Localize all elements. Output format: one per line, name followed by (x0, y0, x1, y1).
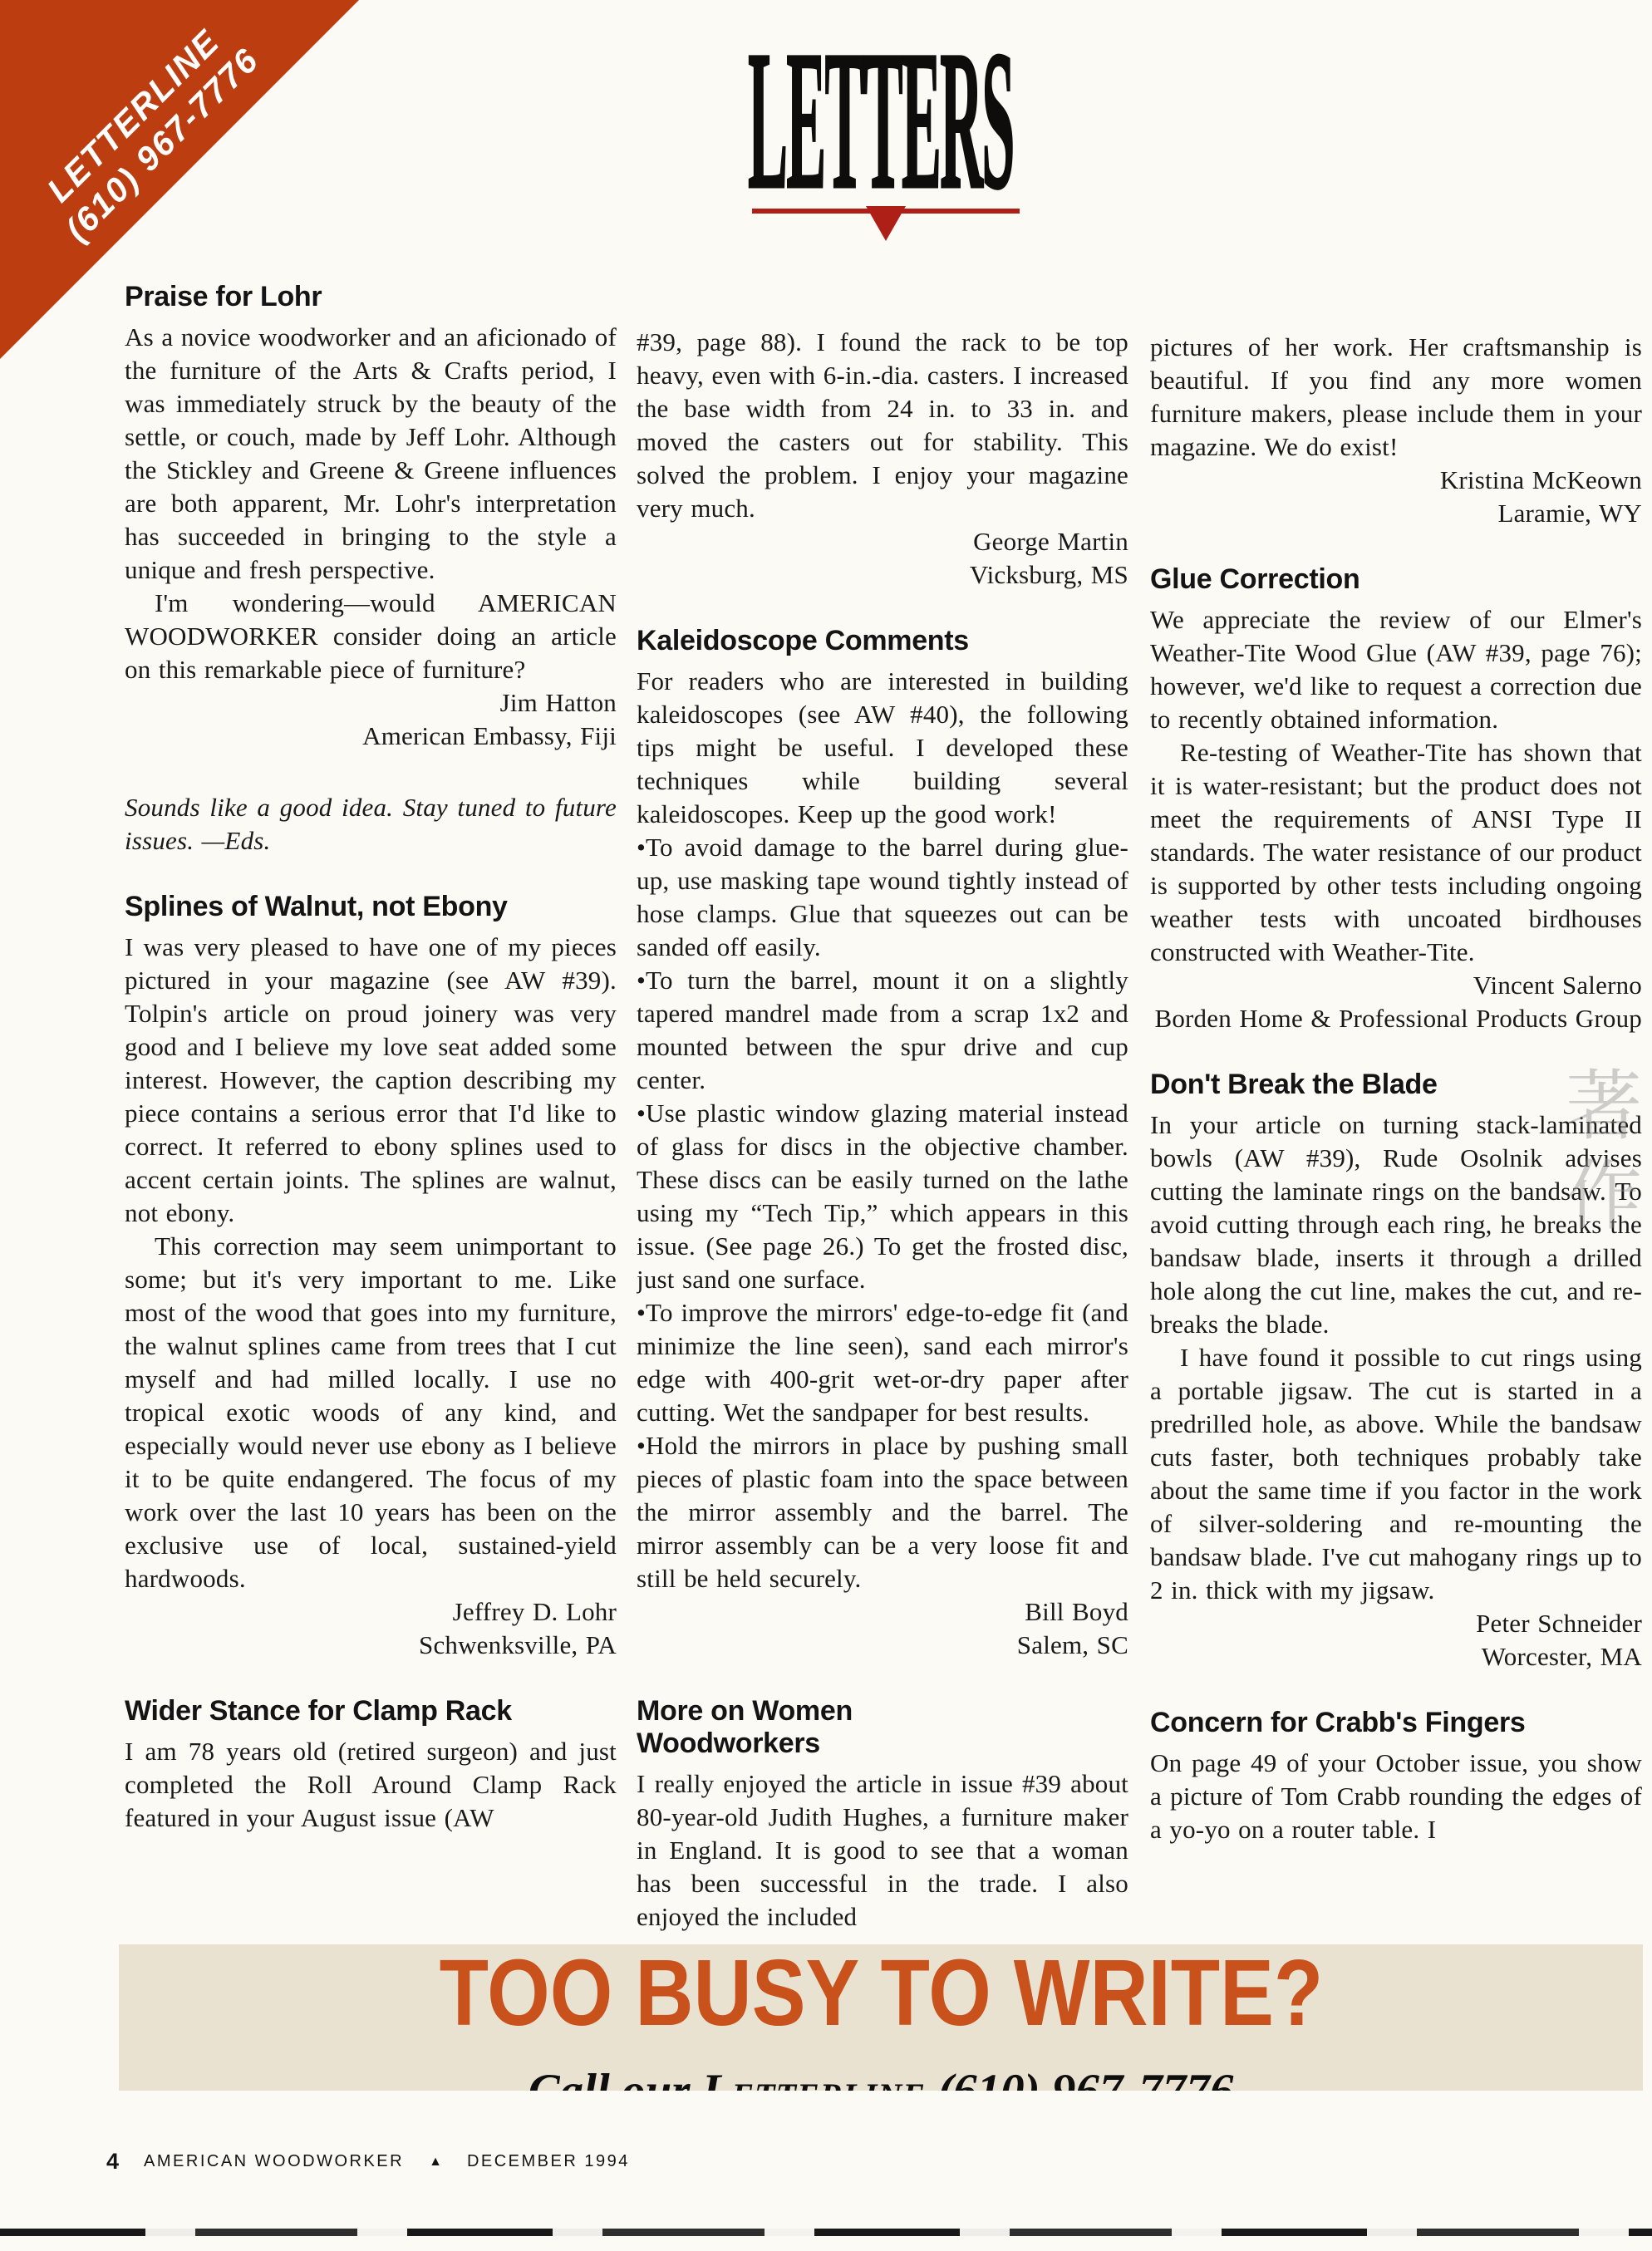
letter-tip: •To turn the barrel, mount it on a sligh… (637, 964, 1128, 1097)
letterline-corner-text: LETTERLINE (610) 967-7776 (0, 0, 303, 286)
letter-paragraph: On page 49 of your October issue, you sh… (1150, 1747, 1642, 1846)
letterline-promo-banner: TOO BUSY TO WRITE? Call our Letterline (… (119, 1944, 1643, 2091)
letter-paragraph: As a novice woodworker and an aficionado… (125, 321, 617, 587)
page-number: 4 (106, 2149, 119, 2175)
letter-paragraph: I was very pleased to have one of my pie… (125, 931, 617, 1230)
letter-signature: Jim Hatton (125, 686, 617, 720)
footer-issue-date: DECEMBER 1994 (467, 2152, 630, 2171)
letter-signature: Laramie, WY (1150, 497, 1642, 530)
letter-paragraph: I really enjoyed the article in issue #3… (637, 1767, 1128, 1934)
letter-paragraph: Re-testing of Weather-Tite has shown tha… (1150, 736, 1642, 969)
letter-signature: Vincent Salerno (1150, 969, 1642, 1002)
letter-heading: Kaleidoscope Comments (637, 625, 1128, 657)
letter-heading: Glue Correction (1150, 563, 1642, 596)
letter-paragraph: #39, page 88). I found the rack to be to… (637, 326, 1128, 525)
letter-paragraph: We appreciate the review of our Elmer's … (1150, 603, 1642, 736)
letter-paragraph: For readers who are interested in buildi… (637, 665, 1128, 831)
letter-tip: •To improve the mirrors' edge-to-edge fi… (637, 1296, 1128, 1429)
letter-tip: •To avoid damage to the barrel during gl… (637, 831, 1128, 964)
letterline-phone: (610) 967-7776 (21, 3, 303, 286)
letter-signature: American Embassy, Fiji (125, 720, 617, 753)
promo-phone: (610) 967-7776 (926, 2065, 1233, 2091)
letter-signature: Jeffrey D. Lohr (125, 1595, 617, 1629)
down-triangle-icon (866, 206, 906, 241)
editors-note: Sounds like a good idea. Stay tuned to f… (125, 791, 617, 858)
promo-title-wrap: TOO BUSY TO WRITE? (119, 1949, 1643, 2066)
scan-artifact-line (0, 2229, 1652, 2236)
page-footer: 4 AMERICAN WOODWORKER ▲ DECEMBER 1994 (106, 2149, 630, 2175)
watermark: 著作 (1542, 1065, 1652, 1245)
footer-triangle-icon: ▲ (429, 2155, 442, 2170)
letter-signature: Kristina McKeown (1150, 464, 1642, 497)
magazine-letters-page: LETTERLINE (610) 967-7776 LETTERS Praise… (0, 0, 1652, 2251)
promo-brand: Letterline (702, 2065, 926, 2091)
letter-heading: Wider Stance for Clamp Rack (125, 1695, 617, 1728)
masthead-rule (752, 209, 1020, 214)
letter-paragraph: I am 78 years old (retired surgeon) and … (125, 1735, 617, 1835)
footer-magazine-name: AMERICAN WOODWORKER (144, 2152, 404, 2171)
masthead: LETTERS (748, 32, 1633, 208)
letter-heading: More on Women Woodworkers (637, 1695, 1128, 1760)
letter-signature: Bill Boyd (637, 1595, 1128, 1629)
letter-heading: Praise for Lohr (125, 281, 617, 313)
letter-heading: Splines of Walnut, not Ebony (125, 891, 617, 923)
letter-signature: George Martin (637, 525, 1128, 558)
letter-paragraph: pictures of her work. Her craftsmanship … (1150, 331, 1642, 464)
letter-tip: •Hold the mirrors in place by pushing sm… (637, 1429, 1128, 1595)
promo-title: TOO BUSY TO WRITE? (439, 1949, 1323, 2037)
letter-paragraph: I have found it possible to cut rings us… (1150, 1341, 1642, 1607)
letter-signature: Salem, SC (637, 1629, 1128, 1662)
letter-signature: Vicksburg, MS (637, 558, 1128, 592)
letter-paragraph: I'm wondering—would AMERICAN WOODWORKER … (125, 587, 617, 686)
letter-paragraph: This correction may seem unimportant to … (125, 1230, 617, 1595)
letter-signature: Worcester, MA (1150, 1640, 1642, 1674)
letters-column-2: #39, page 88). I found the rack to be to… (637, 326, 1128, 1934)
letter-signature: Schwenksville, PA (125, 1629, 617, 1662)
promo-call-prefix: Call our (529, 2065, 702, 2091)
page-title: LETTERS (748, 32, 1014, 208)
letter-tip: •Use plastic window glazing material ins… (637, 1097, 1128, 1296)
promo-subtitle: Call our Letterline (610) 967-7776 (119, 2066, 1643, 2091)
letter-heading: Concern for Crabb's Fingers (1150, 1707, 1642, 1739)
letter-signature: Borden Home & Professional Products Grou… (1150, 1002, 1642, 1035)
letterline-label: LETTERLINE (0, 0, 275, 258)
letters-column-1: Praise for LohrAs a novice woodworker an… (125, 279, 617, 1934)
letter-signature: Peter Schneider (1150, 1607, 1642, 1640)
